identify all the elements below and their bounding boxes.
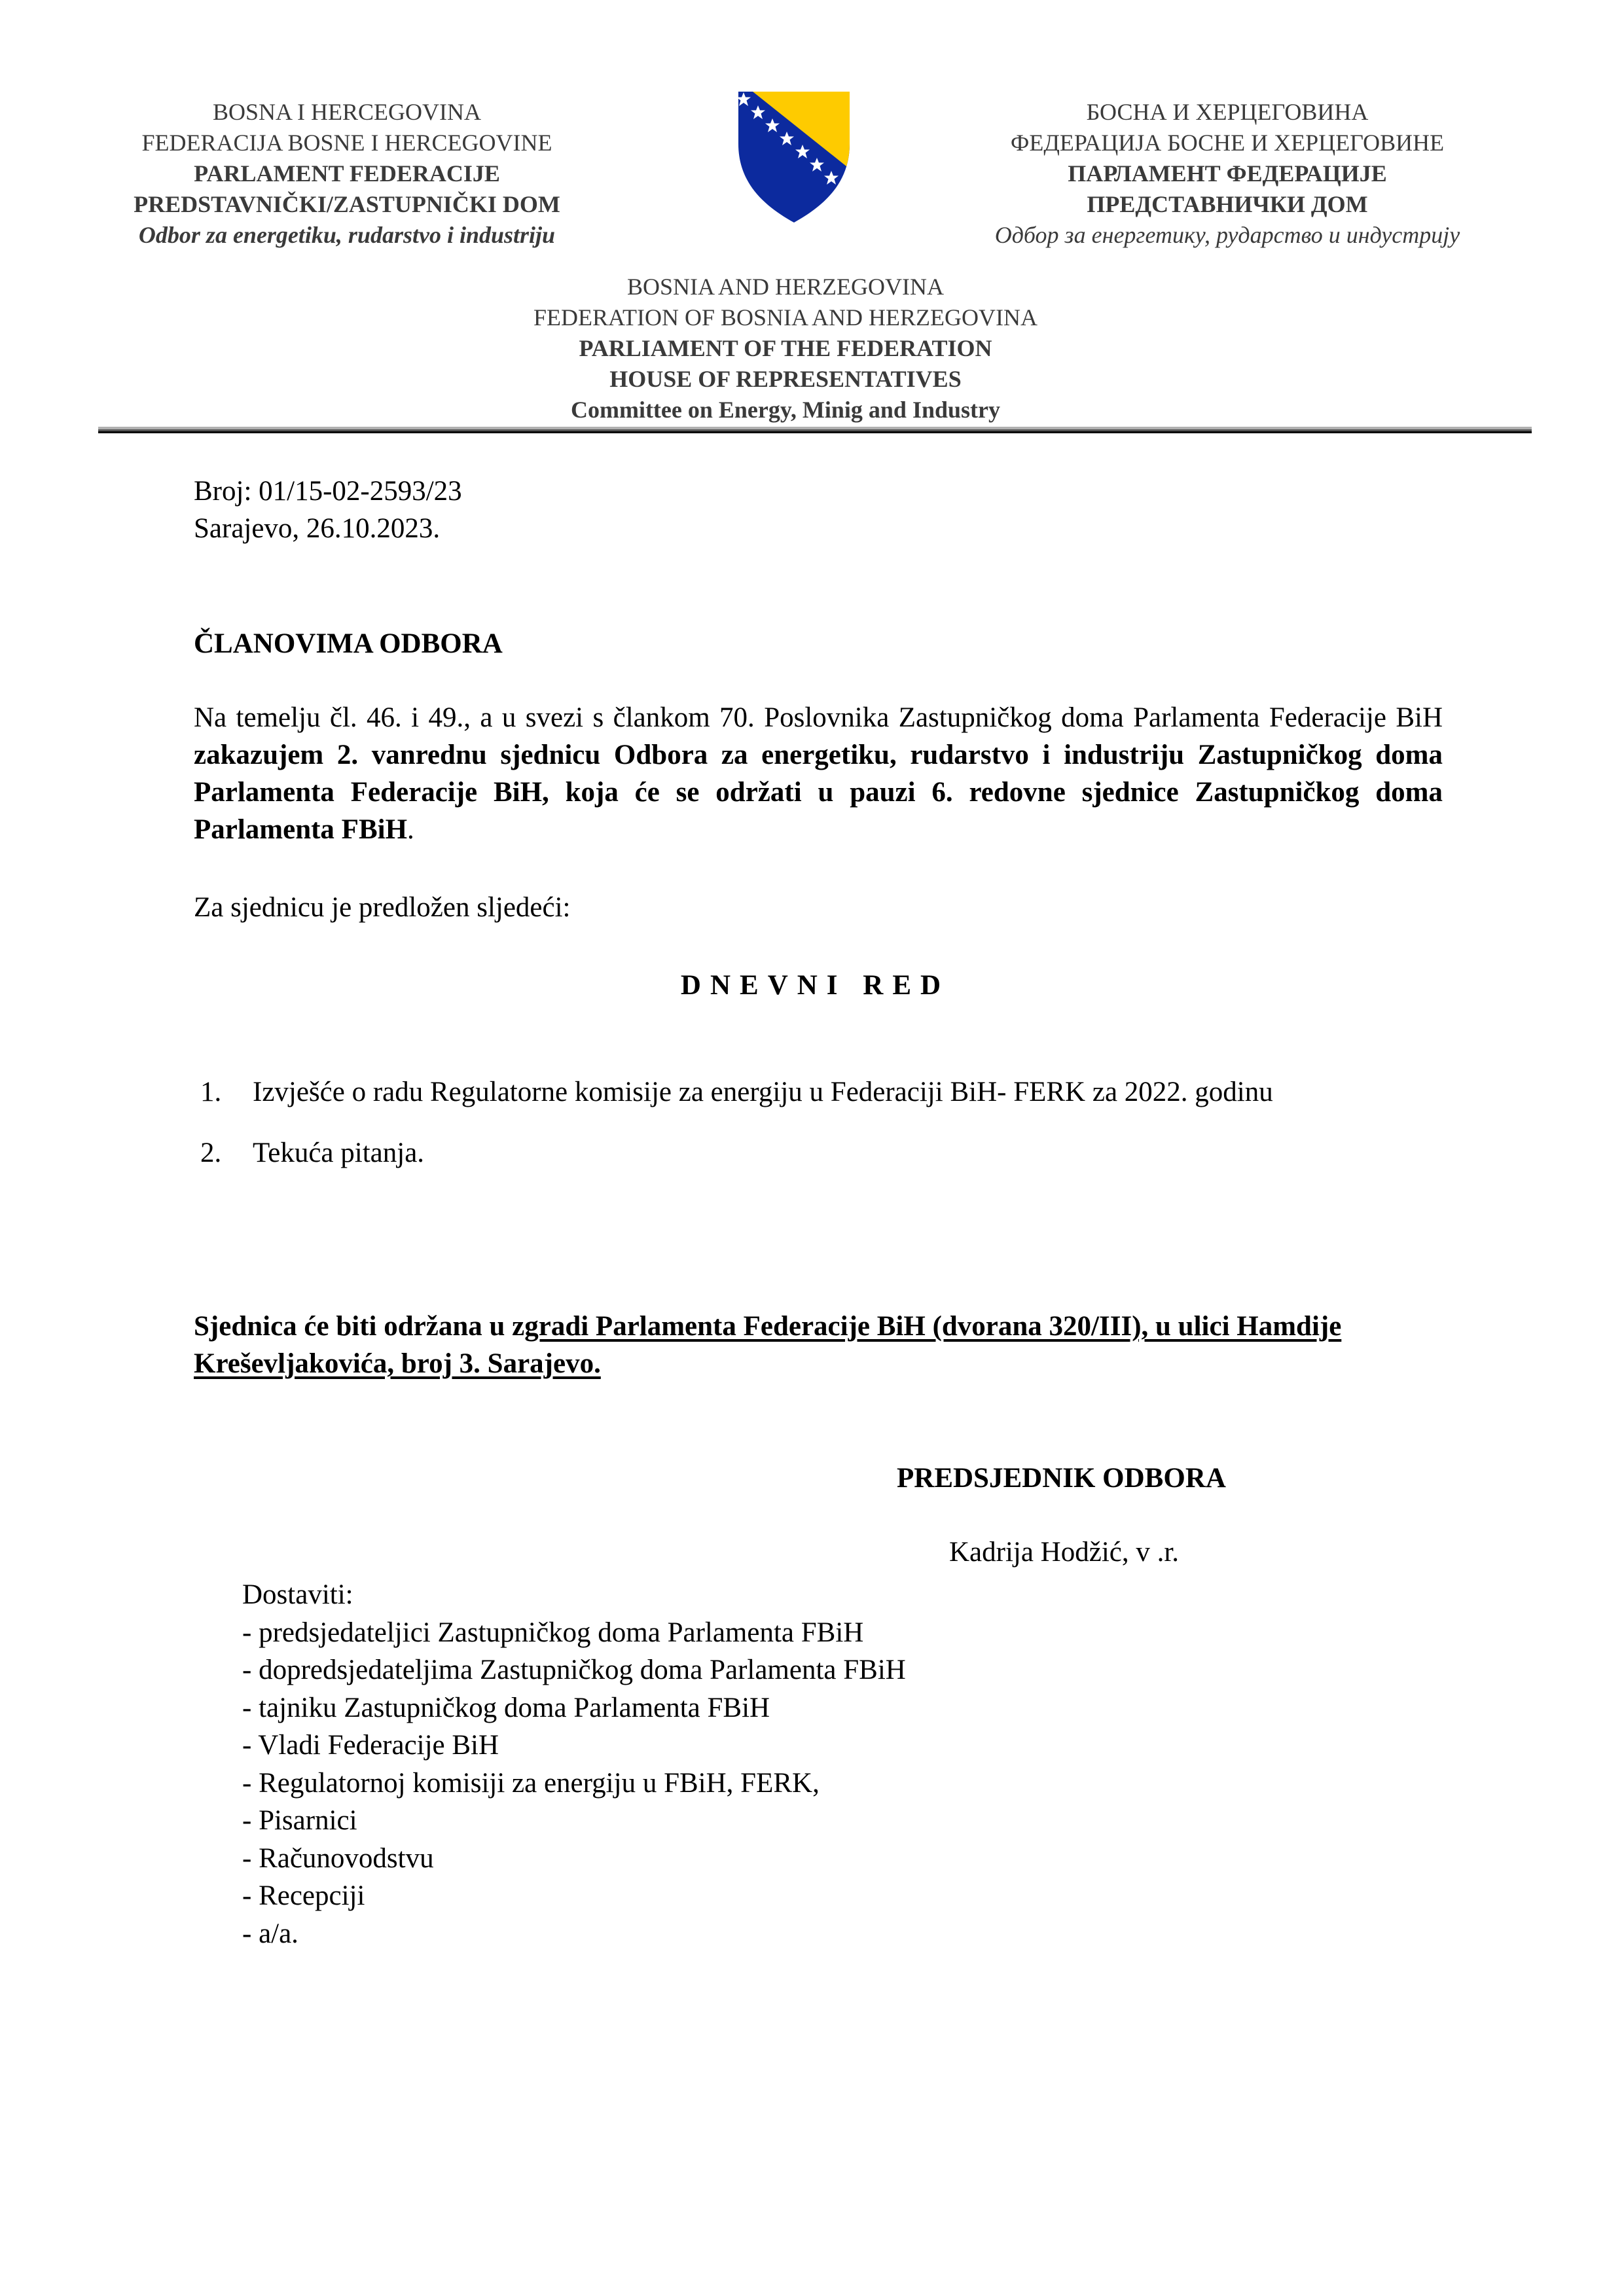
committee-name: Одбор за енергетику, рударство и индустр… <box>933 220 1522 251</box>
distribution-item: - a/a. <box>242 1915 906 1953</box>
agenda-item-number: 1. <box>200 1073 221 1111</box>
distribution-list: Dostaviti: - predsjedateljici Zastupničk… <box>242 1576 906 1952</box>
intro-text: Na temelju čl. 46. i 49., a u svezi s čl… <box>194 702 1443 733</box>
distribution-item: - Regulatornoj komisiji za energiju u FB… <box>242 1765 906 1803</box>
location-prefix: Sjednica će biti održana u z <box>194 1311 524 1342</box>
letterhead-cyrillic: БОСНА И ХЕРЦЕГОВИНА ФЕДЕРАЦИЈА БОСНЕ И Х… <box>933 97 1522 251</box>
federation-name: ФЕДЕРАЦИЈА БОСНЕ И ХЕРЦЕГОВИНЕ <box>933 128 1522 158</box>
signatory-name: Kadrija Hodžić, v .r. <box>949 1534 1179 1571</box>
meeting-location: Sjednica će biti održana u zgradi Parlam… <box>194 1308 1443 1382</box>
parliament-name: ПАРЛАМЕНТ ФЕДЕРАЦИЈЕ <box>933 158 1522 189</box>
intro-paragraph: Na temelju čl. 46. i 49., a u svezi s čl… <box>194 699 1443 848</box>
distribution-item: - tajniku Zastupničkog doma Parlamenta F… <box>242 1689 906 1727</box>
committee-name: Odbor za energetiku, rudarstvo i industr… <box>92 220 602 251</box>
signatory-title: PREDSJEDNIK ODBORA <box>897 1460 1226 1497</box>
country-name: BOSNA I HERCEGOVINA <box>92 97 602 128</box>
agenda-item: 1. Izvješće o radu Regulatorne komisije … <box>194 1073 1443 1111</box>
distribution-label: Dostaviti: <box>242 1576 906 1614</box>
agenda-title: DNEVNI RED <box>0 967 1624 1004</box>
agenda-item-text: Tekuća pitanja. <box>253 1138 424 1168</box>
agenda-item-text: Izvješće o radu Regulatorne komisije za … <box>253 1077 1273 1107</box>
distribution-item: - Računovodstvu <box>242 1840 906 1878</box>
letterhead-divider <box>98 427 1532 433</box>
letterhead-latin: BOSNA I HERCEGOVINA FEDERACIJA BOSNE I H… <box>92 97 602 251</box>
federation-name: FEDERATION OF BOSNIA AND HERZEGOVINA <box>425 302 1146 333</box>
federation-name: FEDERACIJA BOSNE I HERCEGOVINE <box>92 128 602 158</box>
house-name: HOUSE OF REPRESENTATIVES <box>425 364 1146 395</box>
document-number: Broj: 01/15-02-2593/23 <box>194 473 462 510</box>
place-date: Sarajevo, 26.10.2023. <box>194 510 462 547</box>
agenda-item: 2. Tekuća pitanja. <box>194 1134 1443 1172</box>
country-name: БОСНА И ХЕРЦЕГОВИНА <box>933 97 1522 128</box>
country-name: BOSNIA AND HERZEGOVINA <box>425 272 1146 302</box>
distribution-item: - Pisarnici <box>242 1802 906 1840</box>
intro-bold-text: zakazujem 2. vanrednu sjednicu Odbora za… <box>194 740 1443 845</box>
distribution-item: - predsjedateljici Zastupničkog doma Par… <box>242 1614 906 1652</box>
house-name: ПРЕДСТАВНИЧКИ ДОМ <box>933 189 1522 220</box>
agenda-item-number: 2. <box>200 1134 221 1172</box>
parliament-name: PARLAMENT FEDERACIJE <box>92 158 602 189</box>
committee-name: Committee on Energy, Minig and Industry <box>425 395 1146 425</box>
letterhead-english: BOSNIA AND HERZEGOVINA FEDERATION OF BOS… <box>425 272 1146 425</box>
parliament-name: PARLIAMENT OF THE FEDERATION <box>425 333 1146 364</box>
distribution-item: - Vladi Federacije BiH <box>242 1727 906 1765</box>
bih-coat-of-arms-icon <box>738 92 863 223</box>
distribution-item: - dopredsjedateljima Zastupničkog doma P… <box>242 1651 906 1689</box>
addressee: ČLANOVIMA ODBORA <box>194 625 503 662</box>
distribution-item: - Recepciji <box>242 1877 906 1915</box>
house-name: PREDSTAVNIČKI/ZASTUPNIČKI DOM <box>92 189 602 220</box>
agenda-list: 1. Izvješće o radu Regulatorne komisije … <box>194 1073 1443 1195</box>
document-meta: Broj: 01/15-02-2593/23 Sarajevo, 26.10.2… <box>194 473 462 547</box>
proposed-text: Za sjednicu je predložen sljedeći: <box>194 889 570 926</box>
intro-end: . <box>407 814 414 845</box>
